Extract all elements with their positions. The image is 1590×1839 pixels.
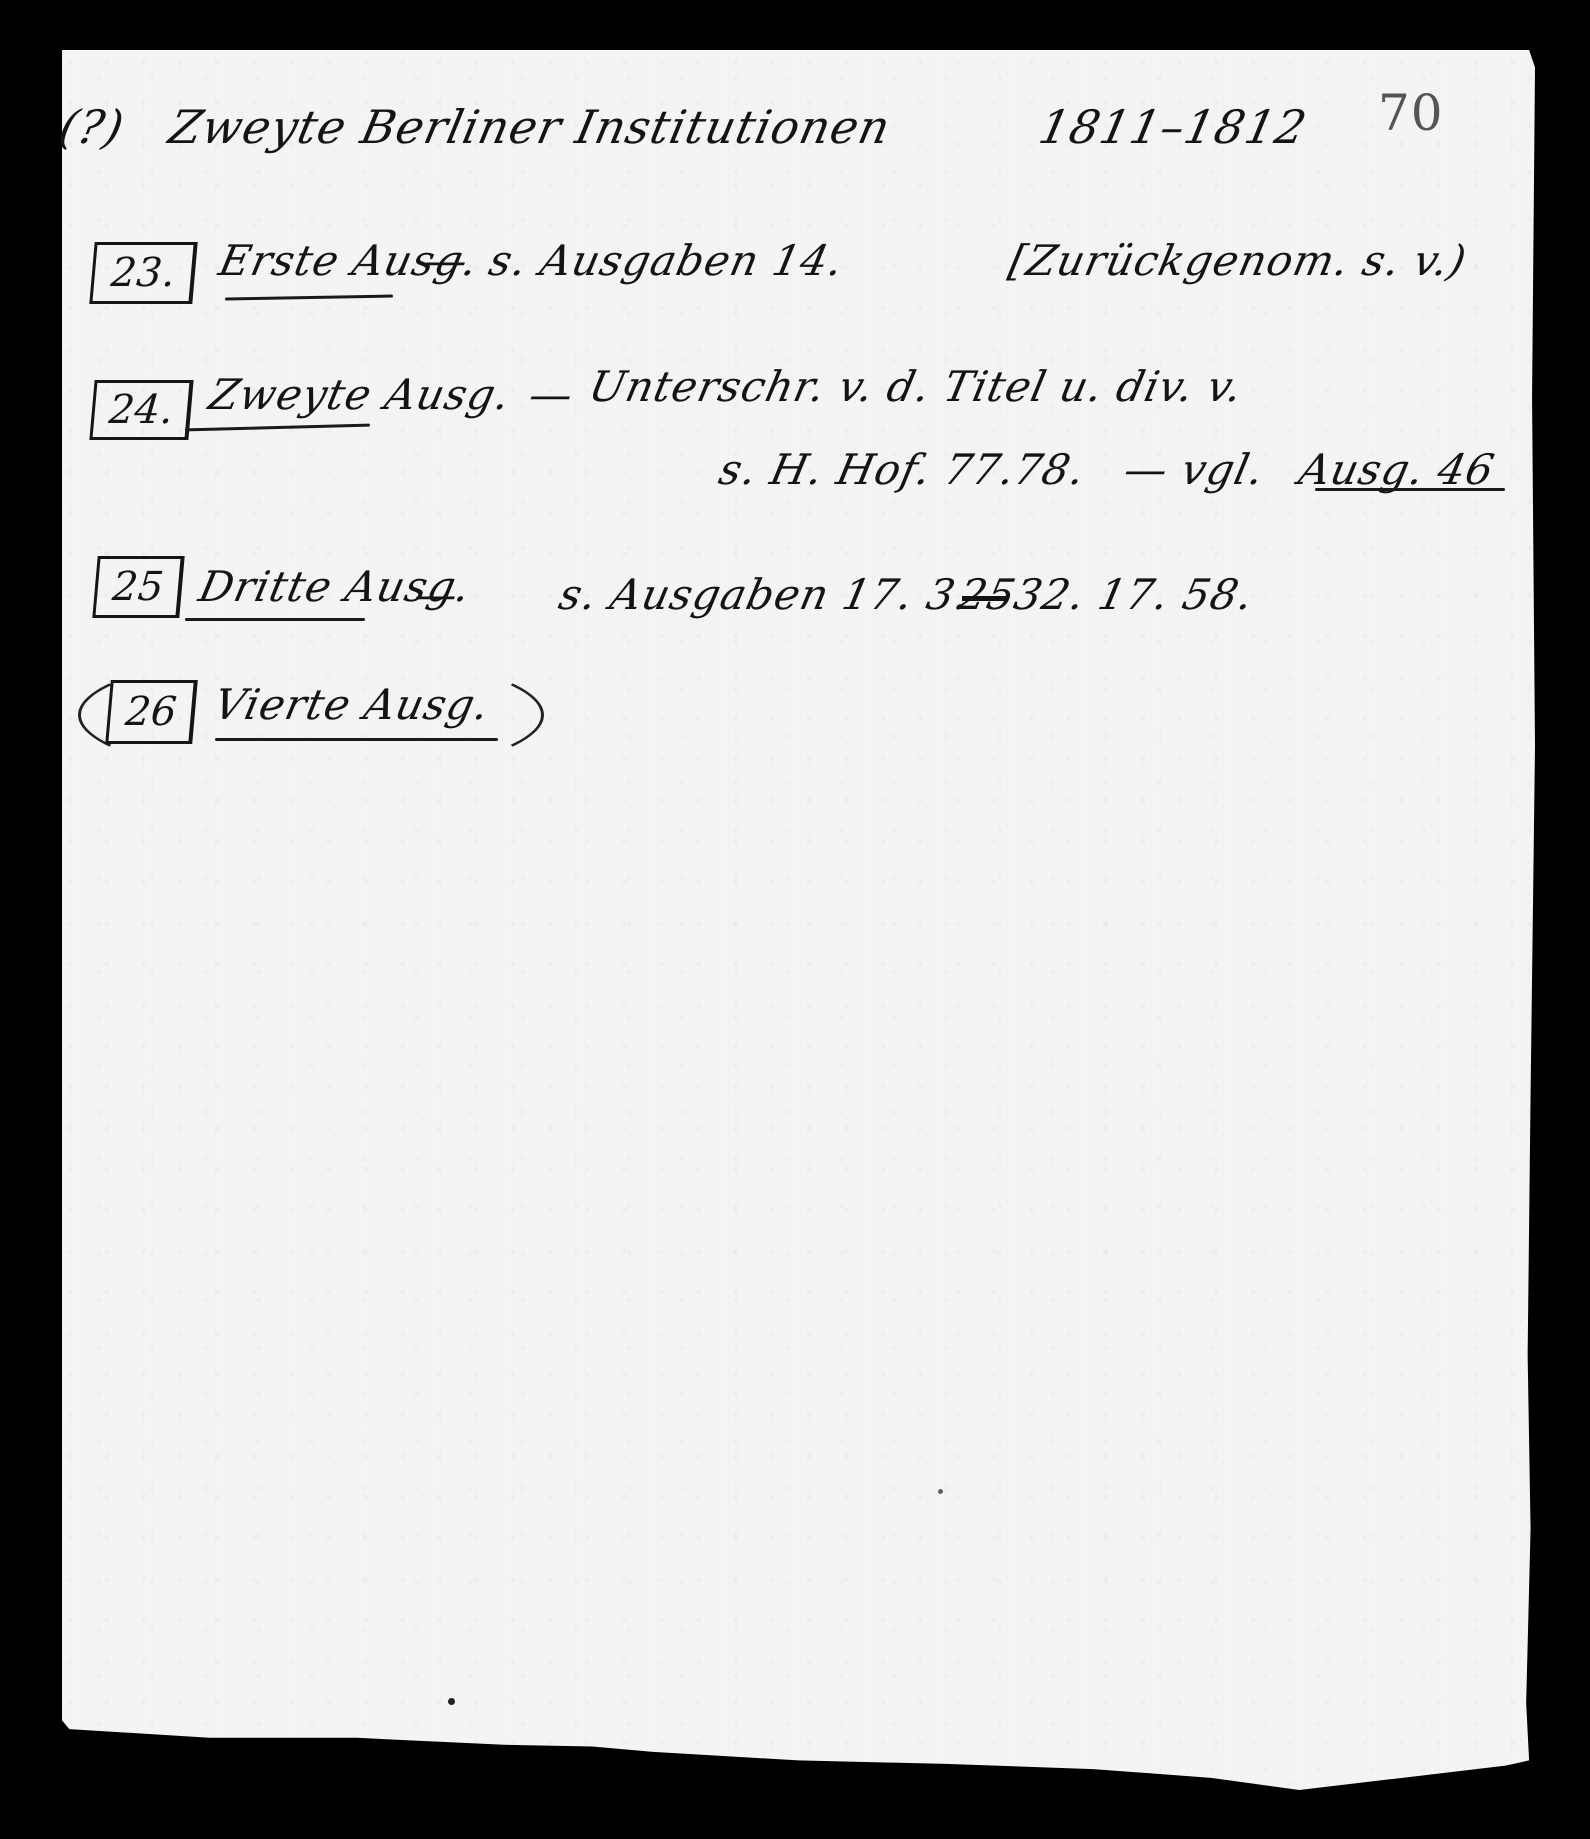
entry-number-box: 26 — [105, 680, 198, 744]
entry-text: s. Ausgaben 14. — [485, 236, 848, 285]
entry-text: Unterschr. v. d. Titel u. div. v. — [585, 362, 1248, 411]
manuscript-page — [62, 50, 1535, 1790]
entry-text-after: 32. 17. 58. — [1010, 570, 1259, 619]
entry-bracket-note: [Zurückgenom. s. v.) — [1005, 236, 1471, 285]
ink-speck — [448, 1698, 455, 1705]
heading-title: Zweyte Berliner Institutionen — [164, 100, 895, 154]
entry-see-also: — vgl. — [1120, 445, 1269, 494]
entry-reference-underline — [1315, 488, 1505, 491]
strikethrough-line — [962, 596, 1008, 601]
entry-label: Zweyte Ausg. — [205, 370, 515, 419]
entry-label-underline — [185, 618, 365, 621]
entry-continuation: s. H. Hof. 77.78. — [715, 445, 1090, 494]
entry-text: s. Ausgaben 17. 3. — [555, 570, 975, 619]
entry-number-box: 23. — [89, 242, 197, 304]
heading-years: 1811–1812 — [1034, 100, 1312, 154]
entry-label: Vierte Ausg. — [210, 680, 495, 729]
ink-speck — [938, 1489, 943, 1494]
entry-label-underline — [215, 738, 498, 741]
entry-number-box: 24. — [89, 380, 193, 440]
entry-reference: Ausg. 46 — [1295, 445, 1499, 494]
entry-number-box: 25 — [92, 556, 184, 618]
heading-marker: (?) — [54, 100, 129, 154]
folio-number: 70 — [1378, 84, 1444, 142]
